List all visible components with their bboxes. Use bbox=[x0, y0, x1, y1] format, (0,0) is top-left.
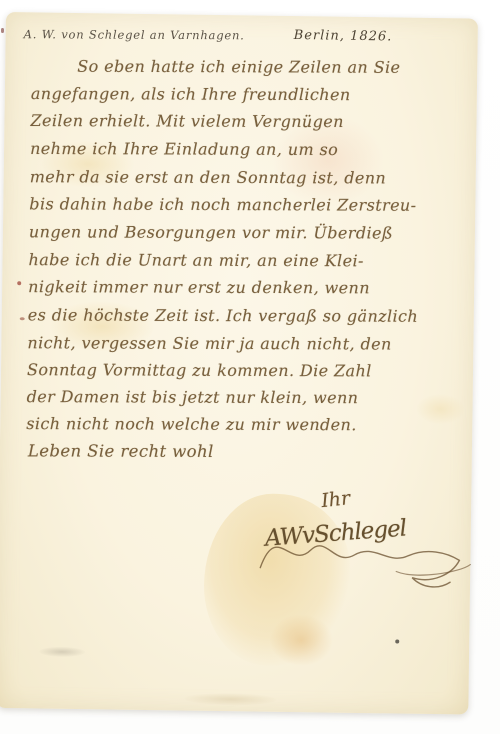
paper-speck bbox=[395, 639, 399, 643]
ink-stain bbox=[269, 614, 334, 667]
letter-line: bis dahin habe ich noch mancherlei Zerst… bbox=[29, 196, 416, 213]
letter-line: es die höchste Zeit ist. Ich vergaß so g… bbox=[28, 307, 418, 324]
letter-page: A. W. von Schlegel an Varnhagen. Berlin,… bbox=[0, 12, 478, 715]
ink-stain bbox=[416, 394, 464, 425]
closing-line: Leben Sie recht wohl bbox=[28, 443, 214, 460]
ink-stain bbox=[203, 493, 351, 667]
scan-background: A. W. von Schlegel an Varnhagen. Berlin,… bbox=[0, 0, 500, 734]
letter-line: So eben hatte ich einige Zeilen an Sie bbox=[77, 59, 400, 76]
letter-line: habe ich die Unart an mir, an eine Klei- bbox=[29, 252, 364, 269]
signature: AWvSchlegel bbox=[264, 516, 407, 552]
letter-line: mehr da sie erst an den Sonntag ist, den… bbox=[30, 169, 387, 186]
letter-line: ungen und Besorgungen vor mir. Überdieß bbox=[29, 224, 393, 241]
letter-line: der Damen ist bis jetzt nur klein, wenn bbox=[27, 389, 359, 406]
letter-line: nehme ich Ihre Einladung an, um so bbox=[30, 141, 338, 158]
pencil-smudge bbox=[39, 647, 85, 658]
letter-line: Zeilen erhielt. Mit vielem Vergnügen bbox=[30, 113, 343, 130]
letter-line: nicht, vergessen Sie mir ja auch nicht, … bbox=[27, 335, 391, 352]
letter-line: Sonntag Vormittag zu kommen. Die Zahl bbox=[27, 362, 372, 379]
letter-line: angefangen, als ich Ihre freundlichen bbox=[31, 86, 351, 103]
dateline: Berlin, 1826. bbox=[294, 28, 393, 44]
paper-speck bbox=[17, 281, 21, 285]
letter-line: nigkeit immer nur erst zu denken, wenn bbox=[28, 279, 370, 296]
letter-line: sich nicht noch welche zu mir wenden. bbox=[26, 416, 357, 433]
paper-speck bbox=[20, 317, 25, 320]
archival-note: A. W. von Schlegel an Varnhagen. bbox=[24, 27, 245, 42]
pencil-smudge bbox=[184, 693, 276, 706]
paper-speck bbox=[1, 28, 4, 33]
valediction: Ihr bbox=[320, 487, 351, 512]
